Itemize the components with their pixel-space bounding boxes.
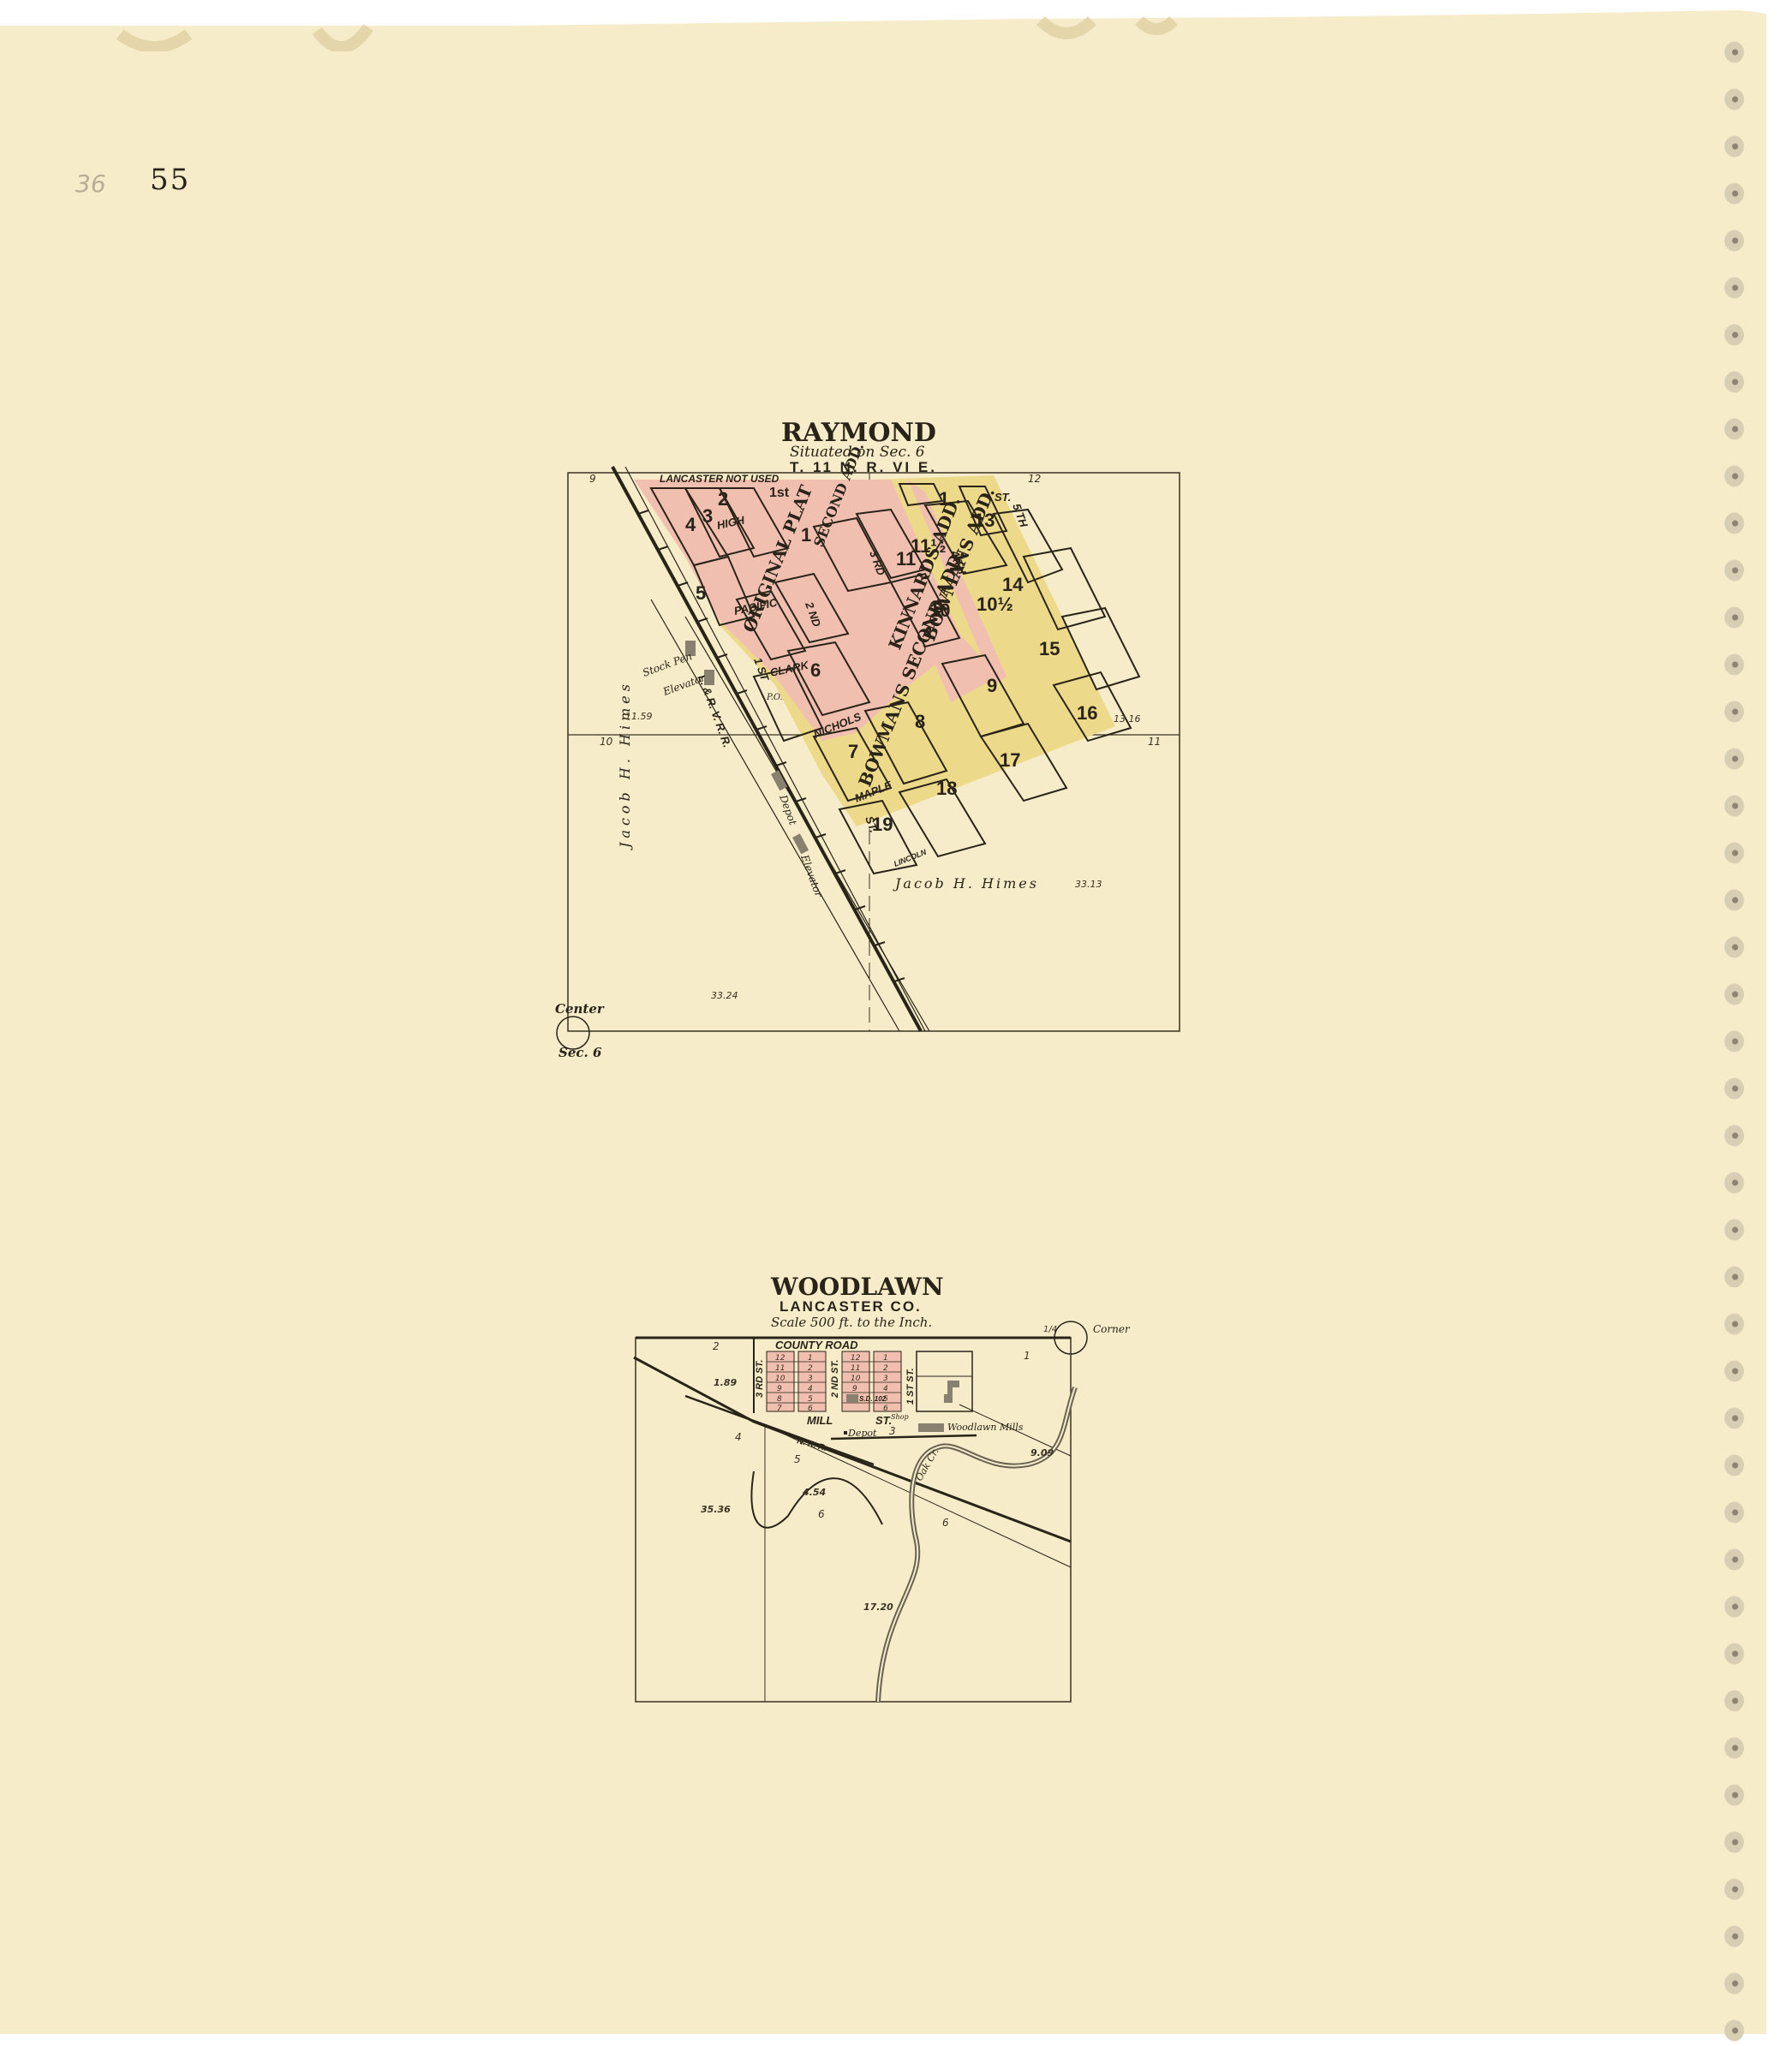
block-17: 17 (1000, 749, 1020, 771)
block-8: 8 (915, 711, 925, 732)
svg-text:3: 3 (883, 1375, 888, 1383)
svg-text:7: 7 (777, 1405, 782, 1413)
svg-text:11: 11 (851, 1364, 860, 1373)
acreage-east: 13.16 (1114, 713, 1141, 725)
woodlawn-title: WOODLAWN (770, 1273, 944, 1301)
acreage-909: 9.09 (1030, 1447, 1054, 1458)
corner-label-9: 9 (589, 473, 596, 485)
label-post-office: P.O. (766, 693, 783, 702)
street-lancaster: LANCASTER NOT USED (660, 473, 780, 485)
block-5: 5 (696, 582, 706, 604)
owner-west: Jacob H. Himes (617, 680, 633, 850)
svg-text:4: 4 (883, 1385, 888, 1393)
label-quarter: 1/4 (1043, 1325, 1057, 1334)
street-2nd: 2 ND ST. (830, 1360, 840, 1399)
svg-text:3: 3 (808, 1375, 813, 1383)
svg-text:1: 1 (1024, 1350, 1030, 1362)
elevator-building-2 (792, 833, 809, 854)
street-3rd: 3 RD ST. (755, 1360, 765, 1398)
block-16: 16 (1077, 702, 1097, 724)
corner-label-sec6: Sec. 6 (559, 1045, 602, 1060)
block-9: 9 (987, 675, 997, 696)
acreage-189: 1.89 (714, 1377, 737, 1388)
block-18: 18 (936, 778, 957, 799)
acreage-454: 4.54 (802, 1487, 826, 1498)
svg-text:6: 6 (818, 1508, 825, 1520)
svg-text:4: 4 (808, 1385, 813, 1393)
svg-text:3: 3 (889, 1425, 896, 1437)
label-elevator-1: Elevator (660, 671, 708, 699)
svg-text:9: 9 (852, 1385, 857, 1393)
svg-text:5: 5 (808, 1395, 813, 1404)
block-3: 3 (702, 505, 713, 527)
street-mill: MILL (807, 1414, 833, 1427)
woodlawn-scale: Scale 500 ft. to the Inch. (771, 1315, 932, 1330)
svg-text:5: 5 (794, 1453, 801, 1465)
corner-label-11: 11 (1148, 736, 1161, 748)
mills-building (918, 1423, 944, 1432)
svg-text:8: 8 (777, 1395, 782, 1404)
svg-text:1: 1 (808, 1354, 813, 1363)
acreage-sw: 33.24 (711, 990, 738, 1001)
svg-text:10: 10 (775, 1375, 785, 1383)
corner-label-12: 12 (1028, 473, 1041, 485)
label-shop: Shop (891, 1413, 909, 1421)
block-15: 15 (1039, 638, 1060, 659)
block-1st: 1st (769, 486, 790, 500)
svg-text:6: 6 (883, 1405, 888, 1413)
svg-text:4: 4 (735, 1431, 742, 1443)
svg-text:12: 12 (775, 1354, 785, 1363)
raymond-plat: RAYMOND Situated on Sec. 6 T. 11 N. R. V… (555, 418, 1180, 1060)
block-10-half: 10½ (977, 594, 1013, 615)
block-2: 2 (718, 488, 728, 510)
acreage-1720: 17.20 (863, 1602, 893, 1613)
label-stock-pen: Stock Pen (641, 650, 694, 679)
corner-label-10: 10 (600, 736, 613, 748)
street-lincoln: LINCOLN (893, 847, 928, 868)
street-1st: 1 ST ST. (905, 1368, 916, 1405)
map-canvas: RAYMOND Situated on Sec. 6 T. 11 N. R. V… (0, 0, 1792, 2046)
svg-text:6: 6 (942, 1517, 949, 1529)
label-elevator-2: Elevator (798, 852, 826, 899)
block-1: 1 (801, 524, 811, 546)
label-school: S.D. 102 (859, 1395, 887, 1403)
street-county-road: COUNTY ROAD (775, 1339, 858, 1351)
boundary-curve (751, 1471, 882, 1528)
svg-text:2: 2 (713, 1340, 720, 1352)
label-depot: Depot (777, 792, 799, 826)
svg-text:10: 10 (851, 1375, 861, 1383)
acreage-south: 33.13 (1075, 879, 1102, 890)
svg-text:1: 1 (883, 1354, 888, 1363)
svg-text:2: 2 (808, 1364, 813, 1373)
woodlawn-county: LANCASTER CO. (780, 1298, 922, 1315)
svg-text:2: 2 (883, 1364, 888, 1373)
woodlawn-plat: WOODLAWN LANCASTER CO. Scale 500 ft. to … (634, 1273, 1131, 1702)
acreage-west: 11.59 (625, 711, 653, 722)
svg-text:12: 12 (851, 1354, 861, 1363)
oak-creek (878, 1387, 1075, 1702)
block-6: 6 (810, 659, 821, 681)
acreage-3536: 35.36 (701, 1504, 731, 1515)
owner-south: Jacob H. Himes (893, 875, 1039, 892)
svg-text:11: 11 (775, 1364, 785, 1373)
woodlawn-railroad-label: N. R. R. (796, 1436, 827, 1453)
block-7: 7 (848, 741, 858, 762)
label-corner: Corner (1093, 1323, 1131, 1335)
label-woodlawn-mills: Woodlawn Mills (947, 1422, 1024, 1433)
svg-text:9: 9 (777, 1385, 782, 1393)
corner-label-center: Center (555, 1001, 605, 1017)
block-14: 14 (1002, 574, 1024, 595)
block-4: 4 (685, 514, 696, 535)
depot-marker (844, 1431, 847, 1435)
label-depot: Depot (847, 1428, 877, 1439)
svg-text:6: 6 (808, 1405, 813, 1413)
